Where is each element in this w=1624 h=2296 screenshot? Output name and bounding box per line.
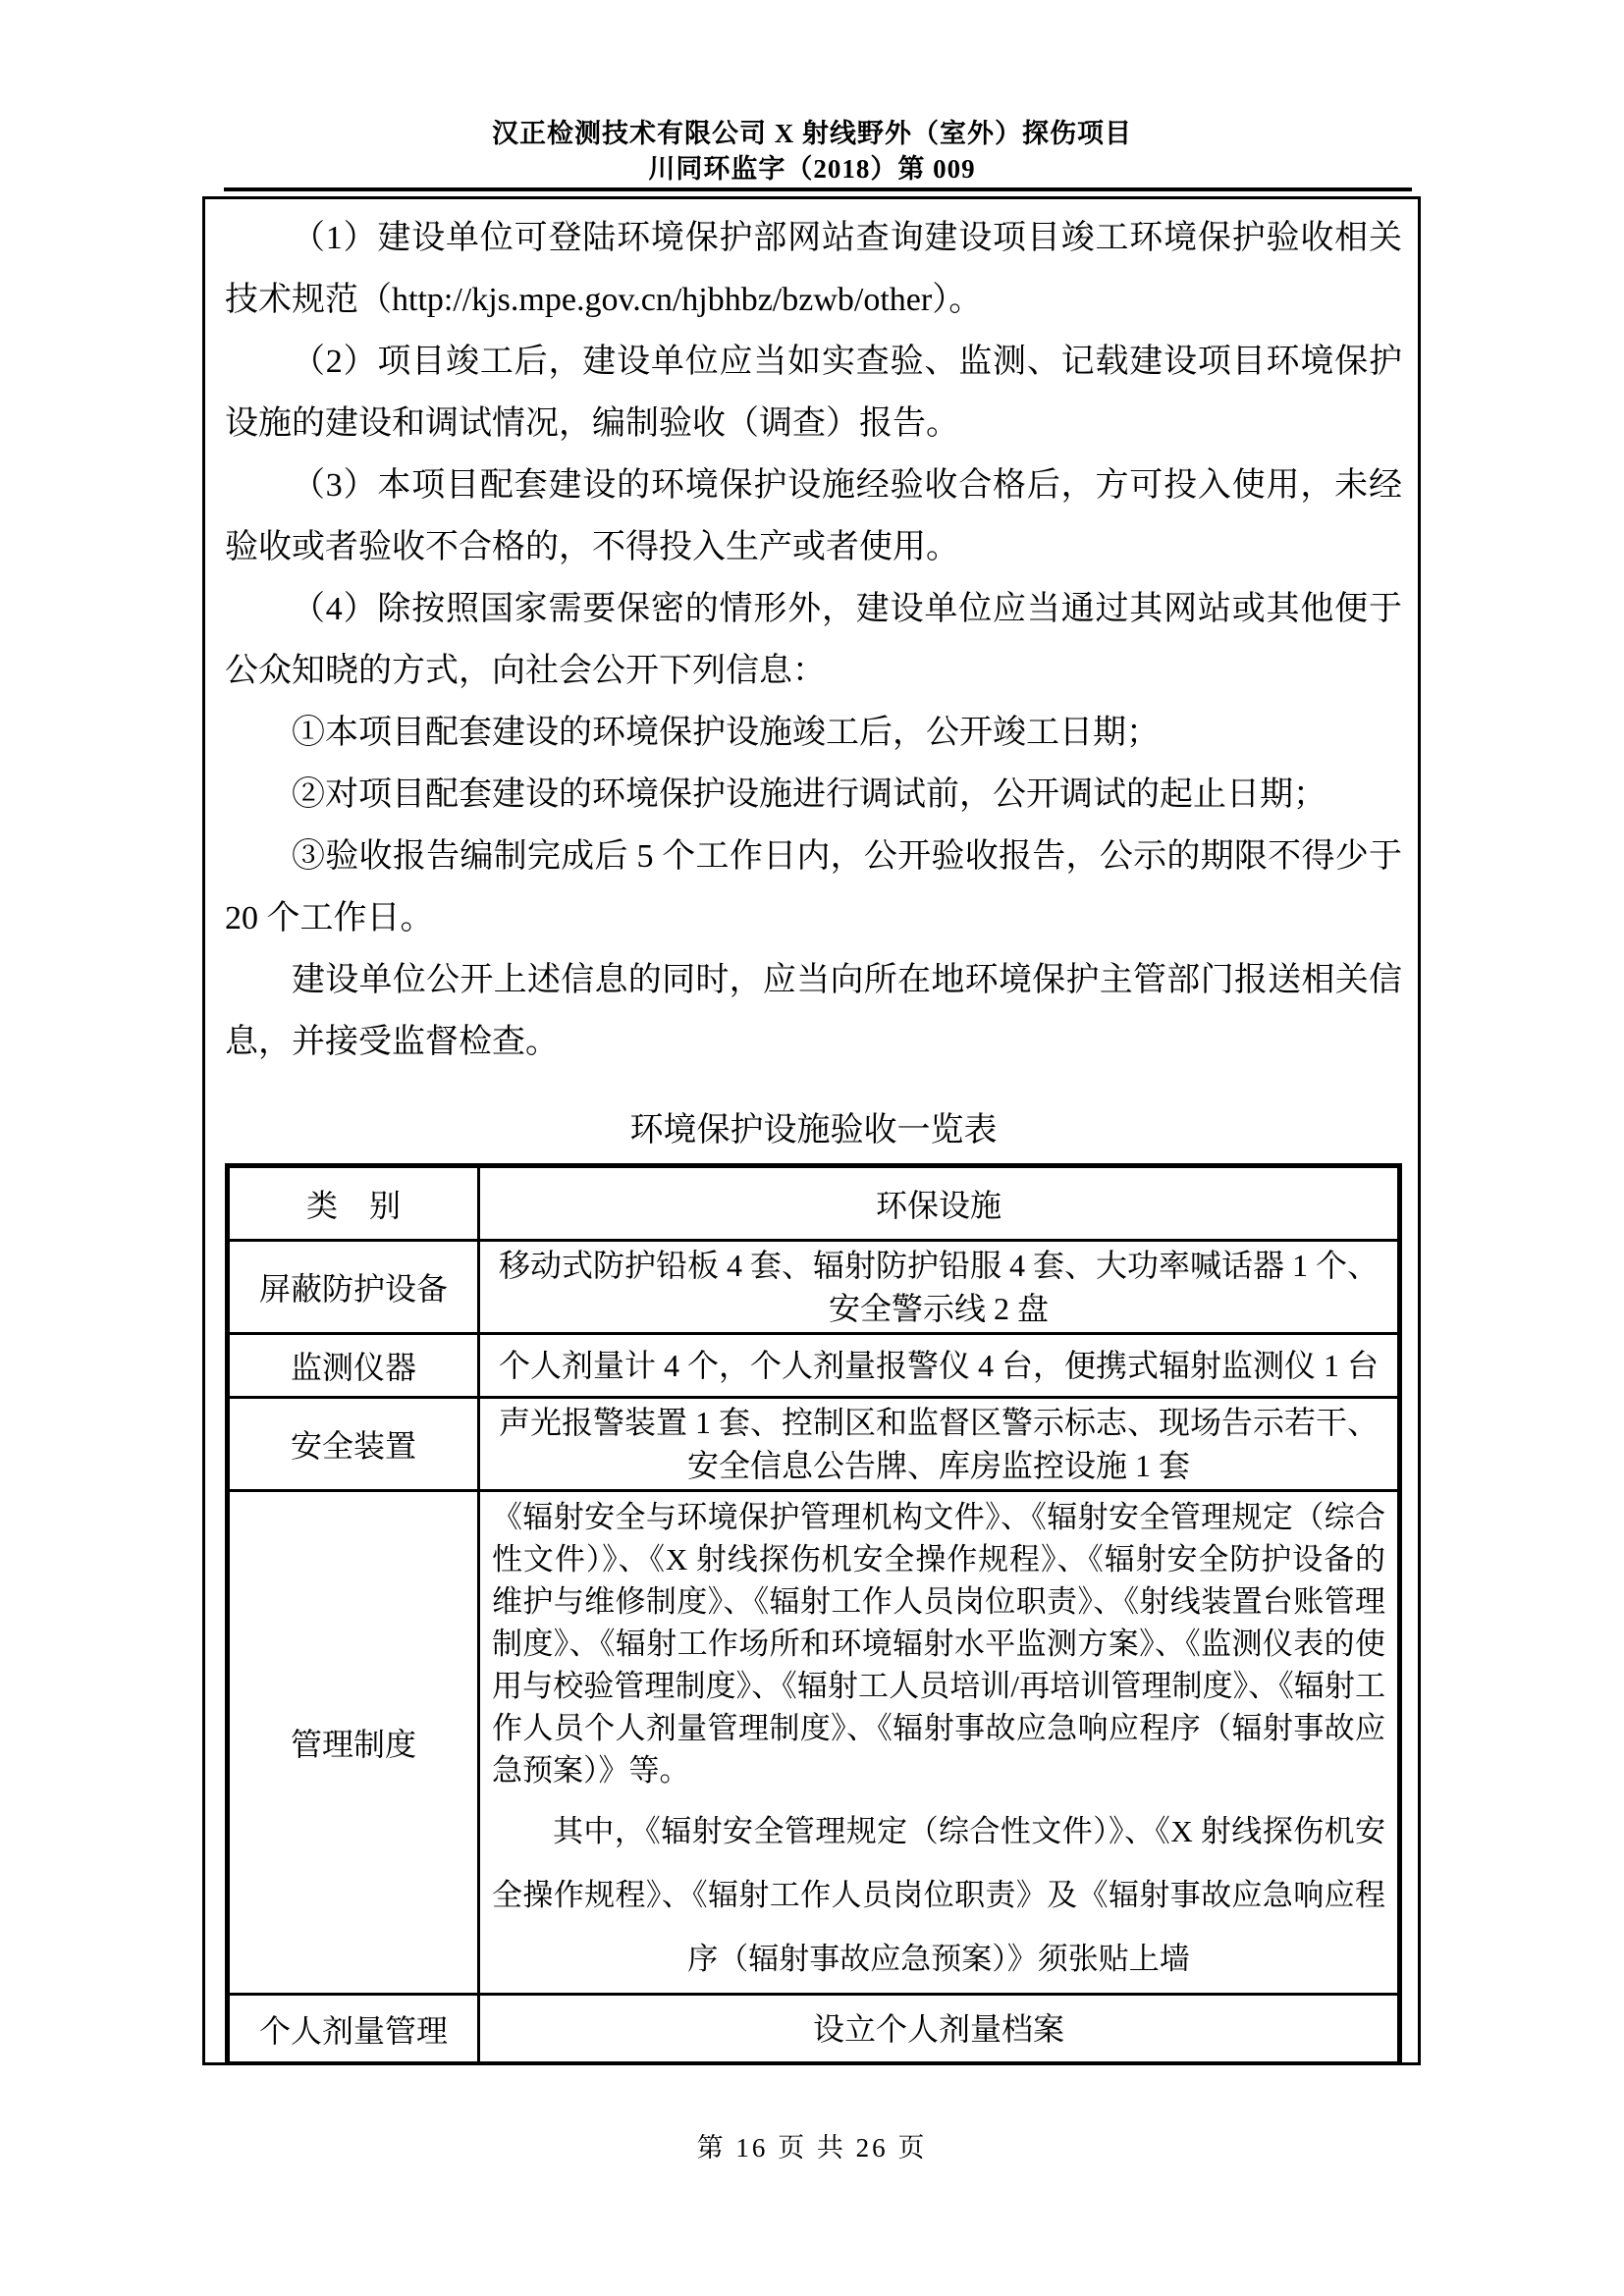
acceptance-facilities-table: 类 别 环保设施 屏蔽防护设备 移动式防护铅板 4 套、辐射防护铅服 4 套、大… [225,1163,1402,2065]
row-content-personal-dose: 设立个人剂量档案 [479,1995,1400,2063]
management-systems-posting-note: 其中，《辐射安全管理规定（综合性文件）》、《X 射线探伤机安全操作规程》、《辐射… [492,1799,1385,1991]
row-label-safety-devices: 安全装置 [228,1398,479,1491]
table-row-personal-dose: 个人剂量管理 设立个人剂量档案 [228,1995,1400,2063]
row-label-personal-dose: 个人剂量管理 [228,1995,479,2063]
header-divider-rule [224,187,1412,191]
document-page: 汉正检测技术有限公司 X 射线野外（室外）探伤项目 川同环监字（2018）第 0… [0,0,1624,2296]
header-document-number: 川同环监字（2018）第 009 [0,151,1624,187]
row-label-monitor-instruments: 监测仪器 [228,1334,479,1398]
body-list-item-1: ①本项目配套建设的环境保护设施竣工后，公开竣工日期； [225,702,1402,764]
row-label-management-systems: 管理制度 [228,1491,479,1995]
body-text: （1）建设单位可登陆环境保护部网站查询建设项目竣工环境保护验收相关技术规范（ht… [225,207,1402,1073]
table-row-shielding: 屏蔽防护设备 移动式防护铅板 4 套、辐射防护铅服 4 套、大功率喊话器 1 个… [228,1241,1400,1334]
footer-page-number: 第 16 页 共 26 页 [0,2126,1624,2164]
body-paragraph-4: （4）除按照国家需要保密的情形外，建设单位应当通过其网站或其他便于公众知晓的方式… [225,578,1402,702]
table-header-facilities: 环保设施 [479,1166,1400,1241]
body-list-item-3: ③验收报告编制完成后 5 个工作日内，公开验收报告，公示的期限不得少于 20 个… [225,826,1402,949]
body-paragraph-3: （3）本项目配套建设的环境保护设施经验收合格后，方可投入使用，未经验收或者验收不… [225,454,1402,578]
row-label-shielding: 屏蔽防护设备 [228,1241,479,1334]
management-systems-list: 《辐射安全与环境保护管理机构文件》、《辐射安全管理规定（综合性文件）》、《X 射… [492,1496,1385,1791]
row-content-shielding: 移动式防护铅板 4 套、辐射防护铅服 4 套、大功率喊话器 1 个、安全警示线 … [479,1241,1400,1334]
table-row-safety-devices: 安全装置 声光报警装置 1 套、控制区和监督区警示标志、现场告示若干、安全信息公… [228,1398,1400,1491]
document-header: 汉正检测技术有限公司 X 射线野外（室外）探伤项目 川同环监字（2018）第 0… [0,116,1624,187]
row-content-monitor-instruments: 个人剂量计 4 个，个人剂量报警仪 4 台，便携式辐射监测仪 1 台 [479,1334,1400,1398]
body-list-item-2: ②对项目配套建设的环境保护设施进行调试前，公开调试的起止日期； [225,764,1402,826]
table-row-monitor-instruments: 监测仪器 个人剂量计 4 个，个人剂量报警仪 4 台，便携式辐射监测仪 1 台 [228,1334,1400,1398]
body-paragraph-5: 建设单位公开上述信息的同时，应当向所在地环境保护主管部门报送相关信息，并接受监督… [225,949,1402,1073]
table-header-category: 类 别 [228,1166,479,1241]
row-content-management-systems: 《辐射安全与环境保护管理机构文件》、《辐射安全管理规定（综合性文件）》、《X 射… [479,1491,1400,1995]
table-row-monitoring-plan: 监测计划 按照本报告要求，制定详细的监测计划 [228,2063,1400,2066]
table-title: 环境保护设施验收一览表 [225,1098,1402,1163]
table-header-row: 类 别 环保设施 [228,1166,1400,1241]
content-border-box: （1）建设单位可登陆环境保护部网站查询建设项目竣工环境保护验收相关技术规范（ht… [202,196,1421,2065]
table-row-management-systems: 管理制度 《辐射安全与环境保护管理机构文件》、《辐射安全管理规定（综合性文件）》… [228,1491,1400,1995]
row-content-safety-devices: 声光报警装置 1 套、控制区和监督区警示标志、现场告示若干、安全信息公告牌、库房… [479,1398,1400,1491]
header-project-title: 汉正检测技术有限公司 X 射线野外（室外）探伤项目 [0,116,1624,151]
body-paragraph-2: （2）项目竣工后，建设单位应当如实查验、监测、记载建设项目环境保护设施的建设和调… [225,331,1402,454]
row-label-monitoring-plan: 监测计划 [228,2063,479,2066]
body-paragraph-1: （1）建设单位可登陆环境保护部网站查询建设项目竣工环境保护验收相关技术规范（ht… [225,207,1402,331]
row-content-monitoring-plan: 按照本报告要求，制定详细的监测计划 [479,2063,1400,2066]
